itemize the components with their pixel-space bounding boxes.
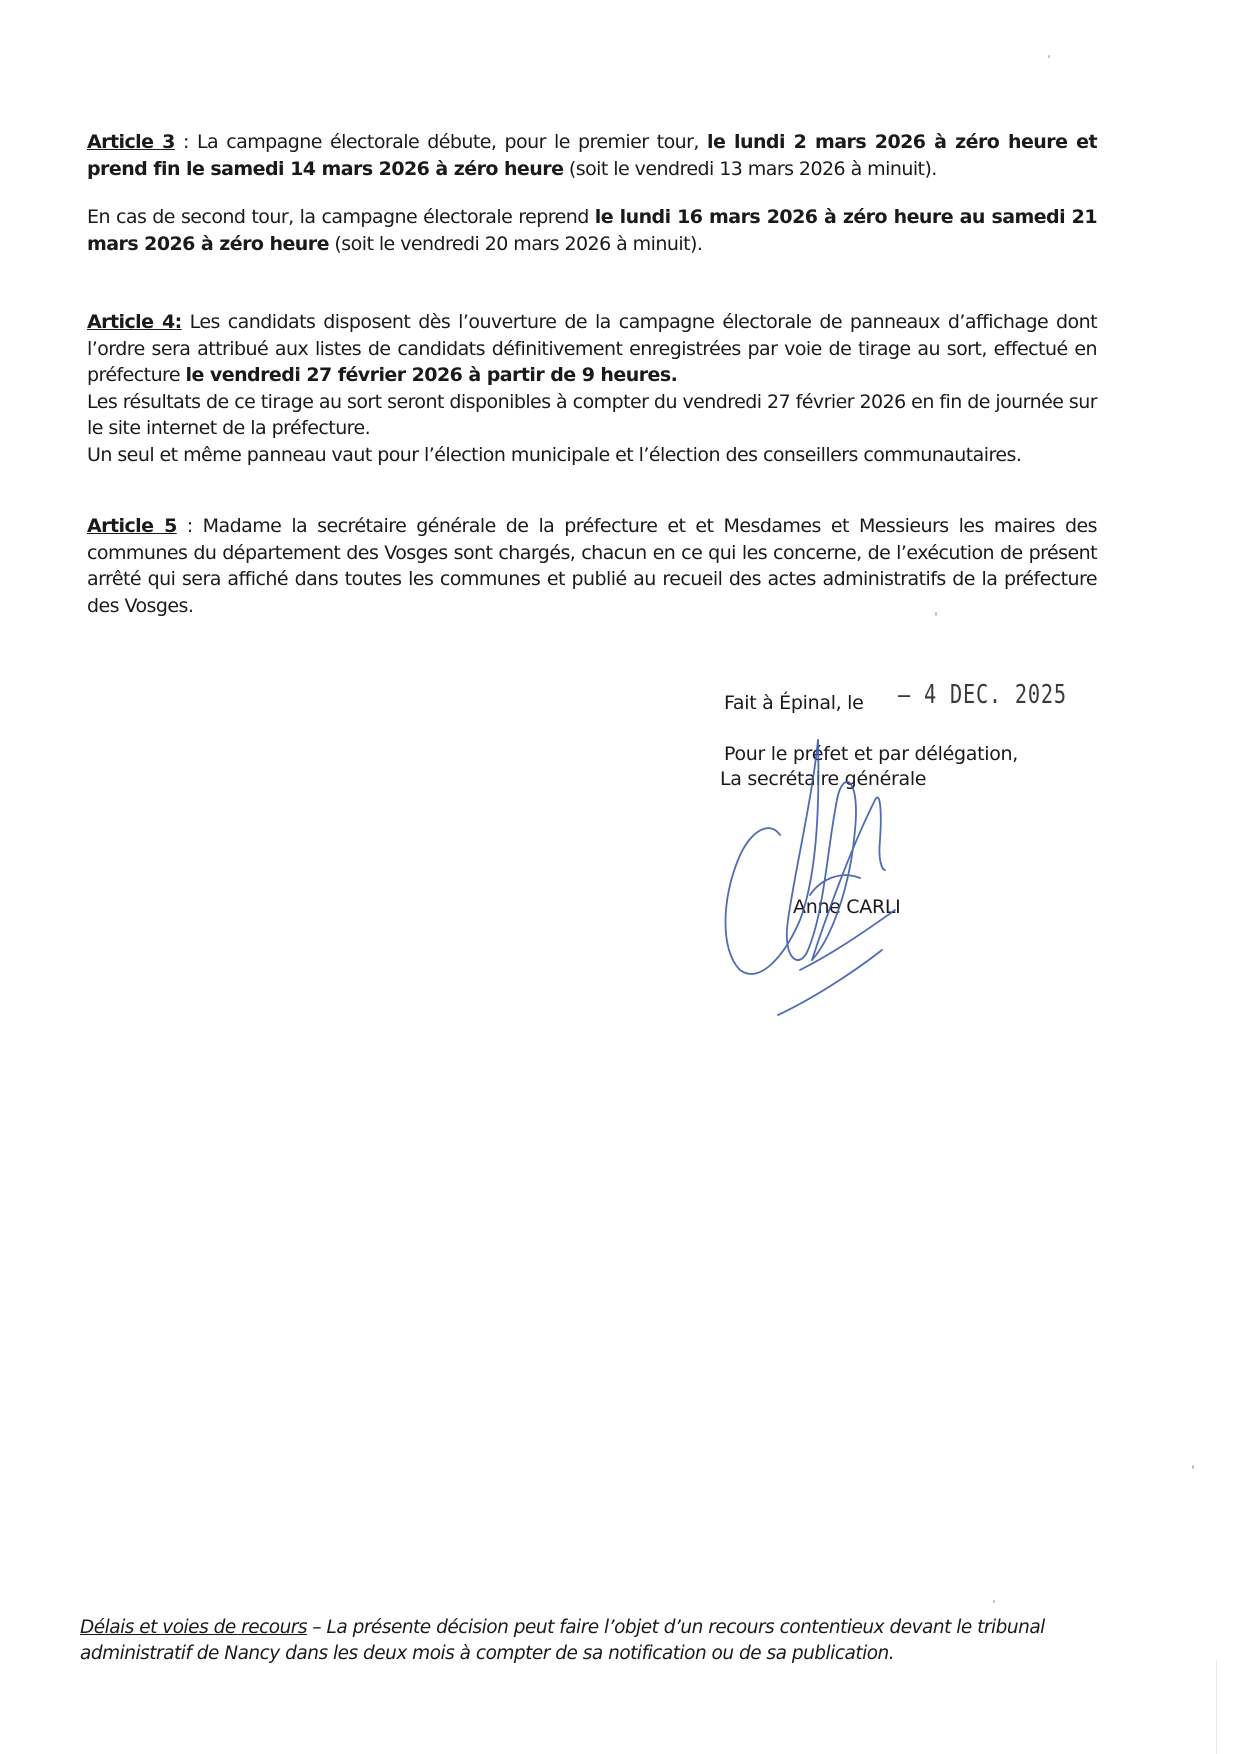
article-3-label: Article 3 <box>87 131 175 153</box>
article-3-separator: : <box>175 131 197 153</box>
article-3-second-round: En cas de second tour, la campagne élect… <box>87 204 1097 257</box>
appeal-notice: Délais et voies de recours – La présente… <box>80 1615 1100 1667</box>
article-5-text: Madame la secrétaire générale de la préf… <box>87 515 1097 617</box>
article-3-note: (soit le vendredi 13 mars 2026 à minuit)… <box>563 158 936 180</box>
article-4-draw-date: le vendredi 27 février 2026 à partir de … <box>186 364 678 386</box>
scan-speck <box>1192 1465 1194 1469</box>
date-stamp: – 4 DEC. 2025 <box>898 680 1067 710</box>
signature-place: Fait à Épinal, le <box>724 692 864 714</box>
signatory-title: La secrétaire générale <box>720 768 926 790</box>
article-5-separator: : <box>177 515 203 537</box>
second-round-note: (soit le vendredi 20 mars 2026 à minuit)… <box>329 233 702 255</box>
article-5-label: Article 5 <box>87 515 177 537</box>
scan-speck <box>993 1600 995 1603</box>
signatory-name: Anne CARLI <box>793 896 900 918</box>
scan-speck <box>1048 55 1050 58</box>
signature-delegation: Pour le préfet et par délégation, <box>724 743 1018 765</box>
article-4-results: Les résultats de ce tirage au sort seron… <box>87 389 1097 442</box>
article-4-label: Article 4: <box>87 311 182 333</box>
article-3-text: La campagne électorale débute, pour le p… <box>197 131 707 153</box>
article-4-panel: Un seul et même panneau vaut pour l’élec… <box>87 442 1097 469</box>
article-3: Article 3 : La campagne électorale début… <box>87 129 1097 182</box>
scan-edge-line <box>1216 1660 1217 1754</box>
appeal-notice-label: Délais et voies de recours <box>80 1617 307 1638</box>
article-4: Article 4: Les candidats disposent dès l… <box>87 309 1097 468</box>
second-round-text: En cas de second tour, la campagne élect… <box>87 206 595 228</box>
handwritten-signature-icon <box>700 720 940 1020</box>
article-5: Article 5 : Madame la secrétaire général… <box>87 513 1097 619</box>
scan-speck <box>935 612 937 616</box>
